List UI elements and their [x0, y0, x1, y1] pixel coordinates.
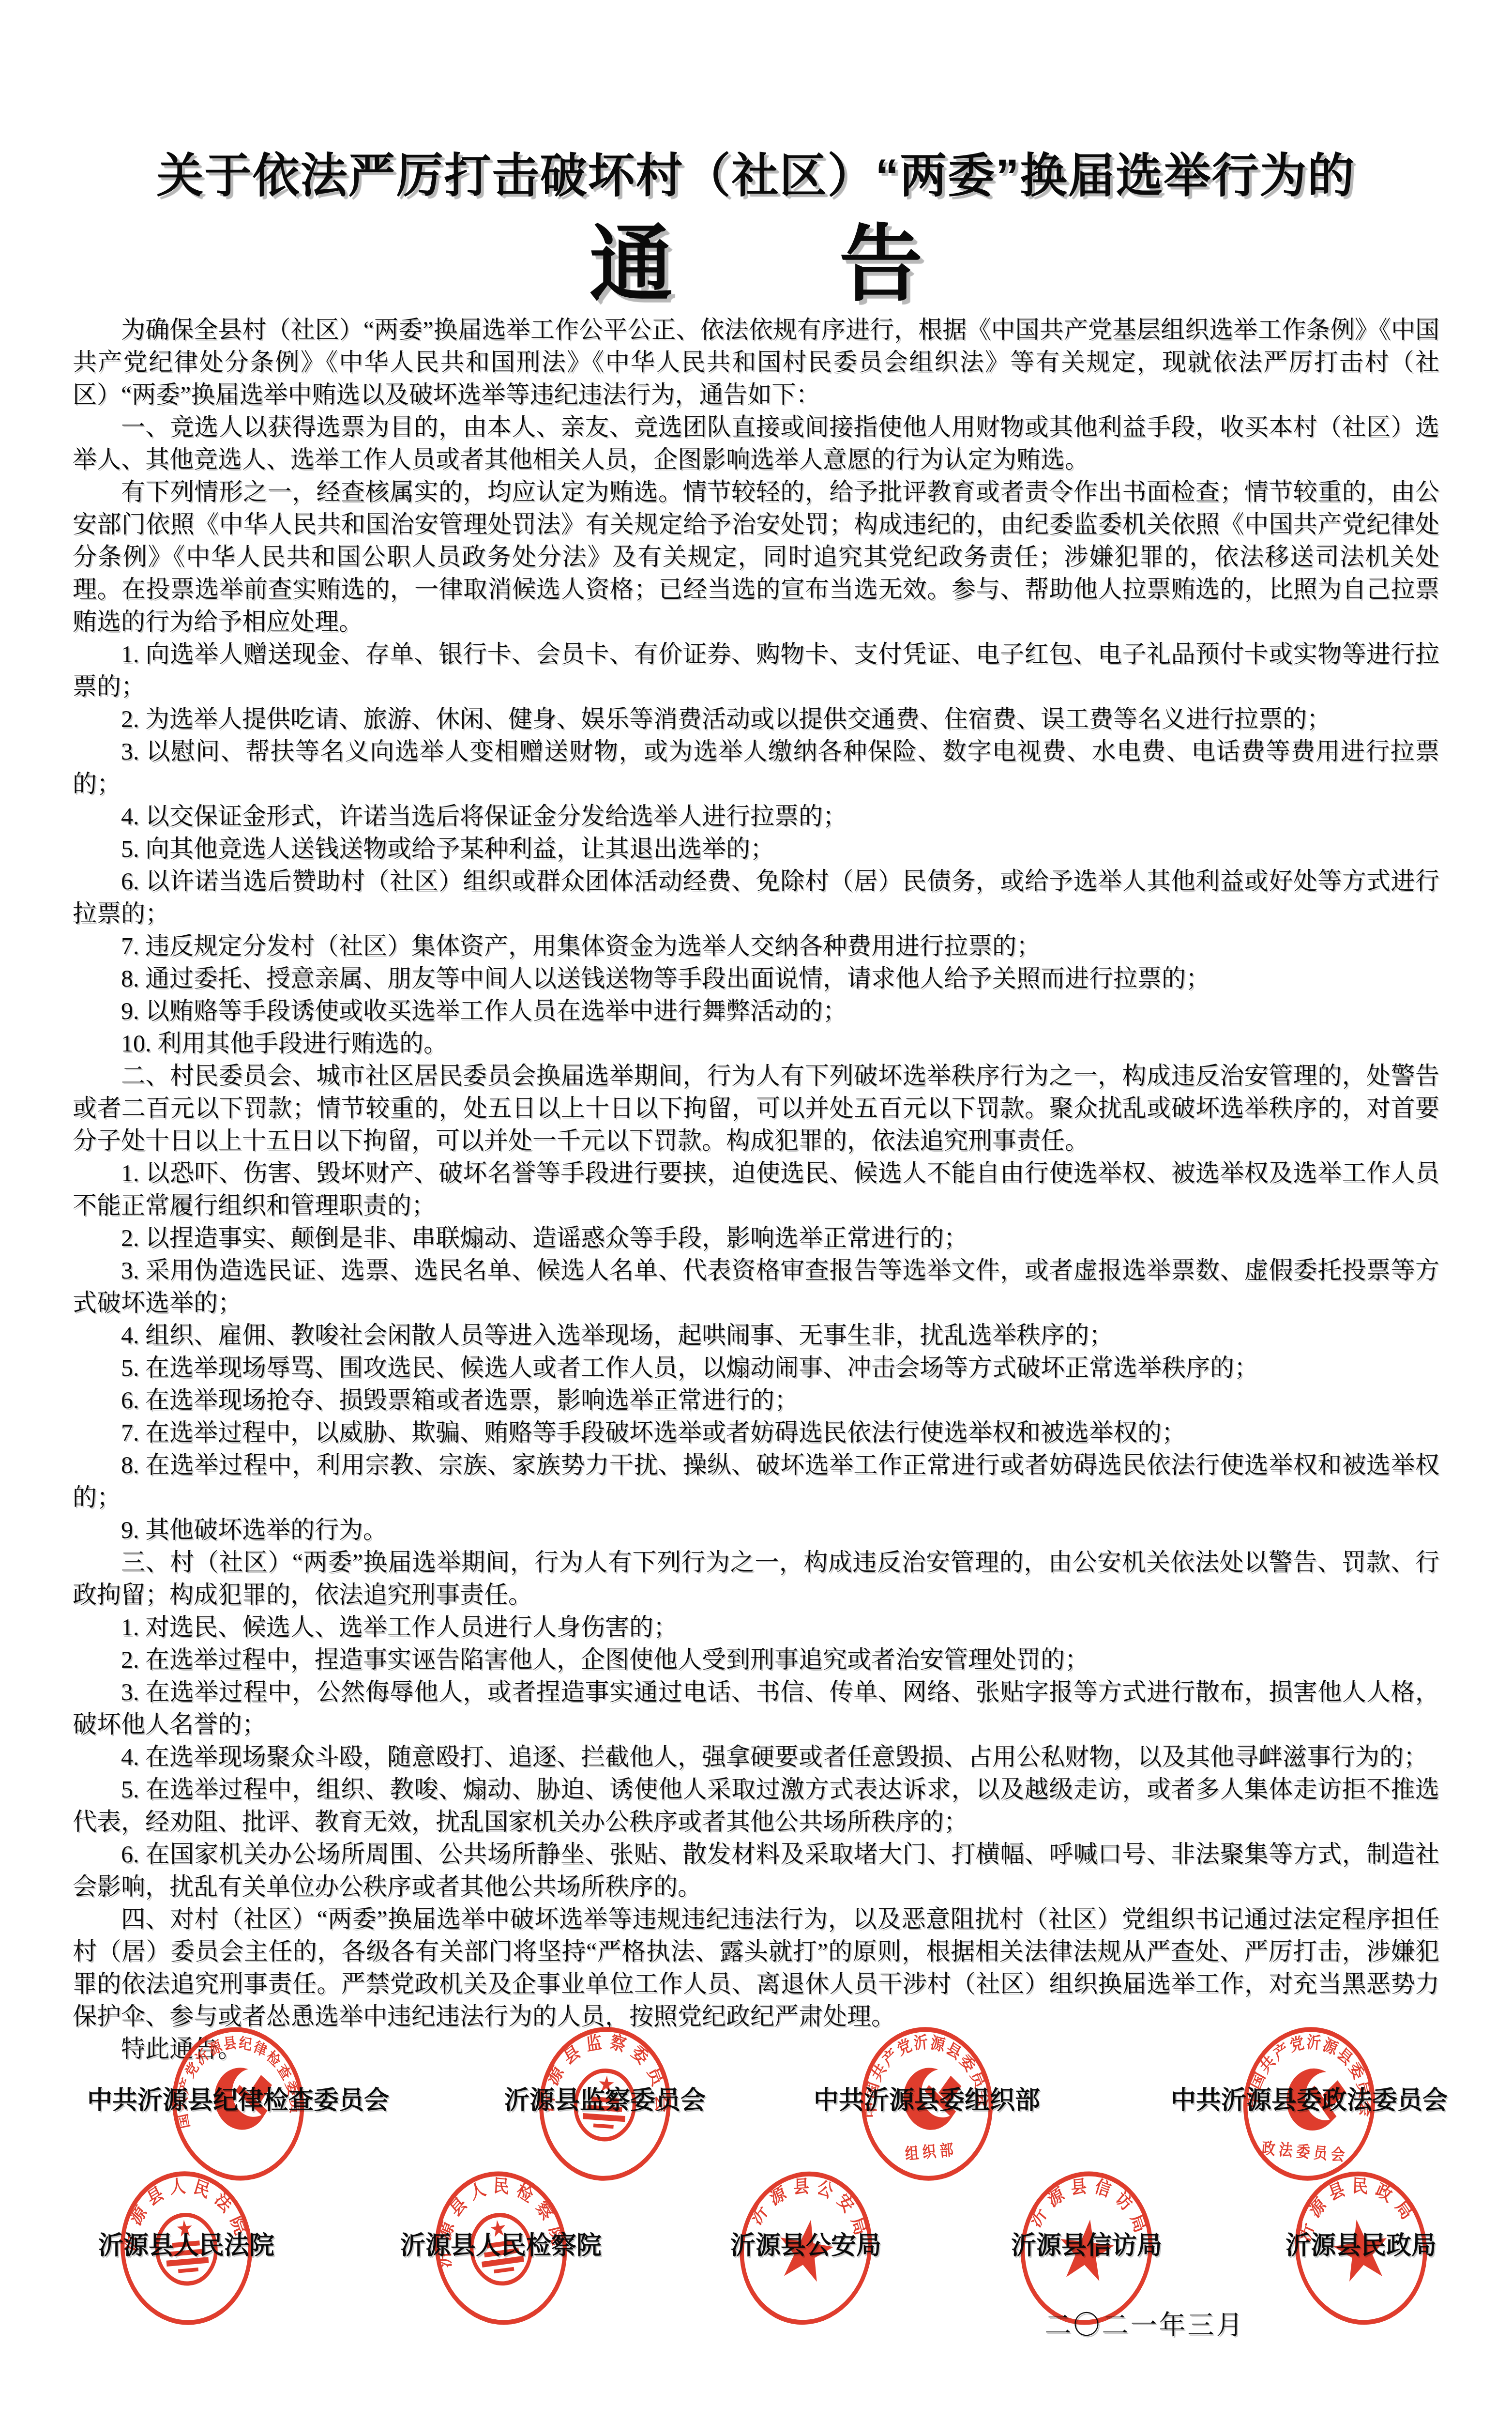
notice-paragraph: 三、村（社区）“两委”换届选举期间，行为人有下列行为之一，构成违反治安管理的，由…	[73, 1546, 1439, 1611]
notice-paragraph: 6. 在选举现场抢夺、损毁票箱或者选票，影响选举正常进行的；	[73, 1384, 1439, 1416]
notice-paragraph: 3. 采用伪造选民证、选票、选民名单、候选人名单、代表资格审查报告等选举文件，或…	[73, 1254, 1439, 1319]
notice-paragraph: 四、对村（社区）“两委”换届选举中破坏选举等违规违纪违法行为，以及恶意阻扰村（社…	[73, 1903, 1439, 2033]
notice-paragraph: 5. 在选举现场辱骂、围攻选民、候选人或者工作人员，以煽动闹事、冲击会场等方式破…	[73, 1352, 1439, 1384]
seal-org-name: 中共沂源县纪律检查委员会	[87, 2080, 389, 2116]
seal-org-name: 沂源县监察委员会	[504, 2080, 706, 2116]
notice-paragraph: 4. 组织、雇佣、教唆社会闲散人员等进入选举现场，起哄闹事、无事生非，扰乱选举秩…	[73, 1319, 1439, 1352]
notice-paragraph: 1. 以恐吓、伤害、毁坏财产、破坏名誉等手段进行要挟，迫使选民、候选人不能自由行…	[73, 1157, 1439, 1222]
notice-paragraph: 8. 在选举过程中，利用宗教、宗族、家族势力干扰、操纵、破坏选举工作正常进行或者…	[73, 1449, 1439, 1514]
seal-org-name: 沂源县民政局	[1285, 2225, 1436, 2261]
notice-title-main: 通 告	[0, 198, 1512, 317]
notice-paragraph: 3. 在选举过程中，公然侮辱他人，或者捏造事实通过电话、书信、传单、网络、张贴字…	[73, 1676, 1439, 1741]
notice-paragraph: 4. 以交保证金形式，许诺当选后将保证金分发给选举人进行拉票的；	[73, 800, 1439, 833]
notice-paragraph: 6. 在国家机关办公场所周围、公共场所静坐、张贴、散发材料及采取堵大门、打横幅、…	[73, 1838, 1439, 1903]
notice-paragraph: 6. 以许诺当选后赞助村（社区）组织或群众团体活动经费、免除村（居）民债务，或给…	[73, 865, 1439, 930]
seal-org-name: 沂源县人民法院	[98, 2225, 274, 2261]
seal-bottom-text: 政法委员会	[1261, 2139, 1349, 2164]
notice-body: 为确保全县村（社区）“两委”换届选举工作公平公正、依法依规有序进行，根据《中国共…	[73, 314, 1439, 2065]
seal-bottom-text: 组织部	[904, 2141, 958, 2163]
notice-paragraph: 1. 向选举人赠送现金、存单、银行卡、会员卡、有价证券、购物卡、支付凭证、电子红…	[73, 638, 1439, 703]
seal-org-name: 沂源县人民检察院	[400, 2225, 602, 2261]
notice-paragraph: 9. 以贿赂等手段诱使或收买选举工作人员在选举中进行舞弊活动的；	[73, 995, 1439, 1027]
notice-paragraph: 二、村民委员会、城市社区居民委员会换届选举期间，行为人有下列破坏选举秩序行为之一…	[73, 1060, 1439, 1157]
notice-paragraph: 3. 以慰问、帮扶等名义向选举人变相赠送财物，或为选举人缴纳各种保险、数字电视费…	[73, 735, 1439, 800]
notice-paragraph: 7. 在选举过程中，以威胁、欺骗、贿赂等手段破坏选举或者妨碍选民依法行使选举权和…	[73, 1416, 1439, 1449]
seal-org-name: 沂源县公安局	[730, 2225, 881, 2261]
notice-date: 二〇二一年三月	[1044, 2303, 1244, 2342]
notice-paragraph: 2. 以捏造事实、颠倒是非、串联煽动、造谣惑众等手段，影响选举正常进行的；	[73, 1222, 1439, 1254]
notice-paragraph: 5. 在选举过程中，组织、教唆、煽动、胁迫、诱使他人采取过激方式表达诉求，以及越…	[73, 1773, 1439, 1838]
notice-paragraph: 1. 对选民、候选人、选举工作人员进行人身伤害的；	[73, 1611, 1439, 1644]
notice-paragraph: 7. 违反规定分发村（社区）集体资产，用集体资金为选举人交纳各种费用进行拉票的；	[73, 930, 1439, 962]
notice-paragraph: 2. 为选举人提供吃请、旅游、休闲、健身、娱乐等消费活动或以提供交通费、住宿费、…	[73, 703, 1439, 735]
notice-paragraph: 4. 在选举现场聚众斗殴，随意殴打、追逐、拦截他人，强拿硬要或者任意毁损、占用公…	[73, 1741, 1439, 1773]
seal-org-name: 中共沂源县委组织部	[814, 2080, 1040, 2116]
notice-paragraph: 有下列情形之一，经查核属实的，均应认定为贿选。情节较轻的，给予批评教育或者责令作…	[73, 476, 1439, 638]
notice-paragraph: 8. 通过委托、授意亲属、朋友等中间人以送钱送物等手段出面说情，请求他人给予关照…	[73, 962, 1439, 995]
notice-paragraph: 2. 在选举过程中，捏造事实诬告陷害他人，企图使他人受到刑事追究或者治安管理处罚…	[73, 1644, 1439, 1676]
seal-org-name: 中共沂源县委政法委员会	[1171, 2080, 1448, 2116]
notice-paragraph: 5. 向其他竞选人送钱送物或给予某种利益，让其退出选举的；	[73, 833, 1439, 865]
seal-org-name: 沂源县信访局	[1011, 2225, 1162, 2261]
notice-title-line1: 关于依法严厉打击破坏村（社区）“两委”换届选举行为的	[0, 137, 1512, 205]
notice-page: 关于依法严厉打击破坏村（社区）“两委”换届选举行为的 通 告 为确保全县村（社区…	[0, 0, 1512, 2420]
notice-paragraph: 10. 利用其他手段进行贿选的。	[73, 1027, 1439, 1060]
notice-paragraph: 9. 其他破坏选举的行为。	[73, 1514, 1439, 1546]
notice-paragraph: 为确保全县村（社区）“两委”换届选举工作公平公正、依法依规有序进行，根据《中国共…	[73, 314, 1439, 411]
notice-paragraph: 一、竞选人以获得选票为目的，由本人、亲友、竞选团队直接或间接指使他人用财物或其他…	[73, 411, 1439, 476]
